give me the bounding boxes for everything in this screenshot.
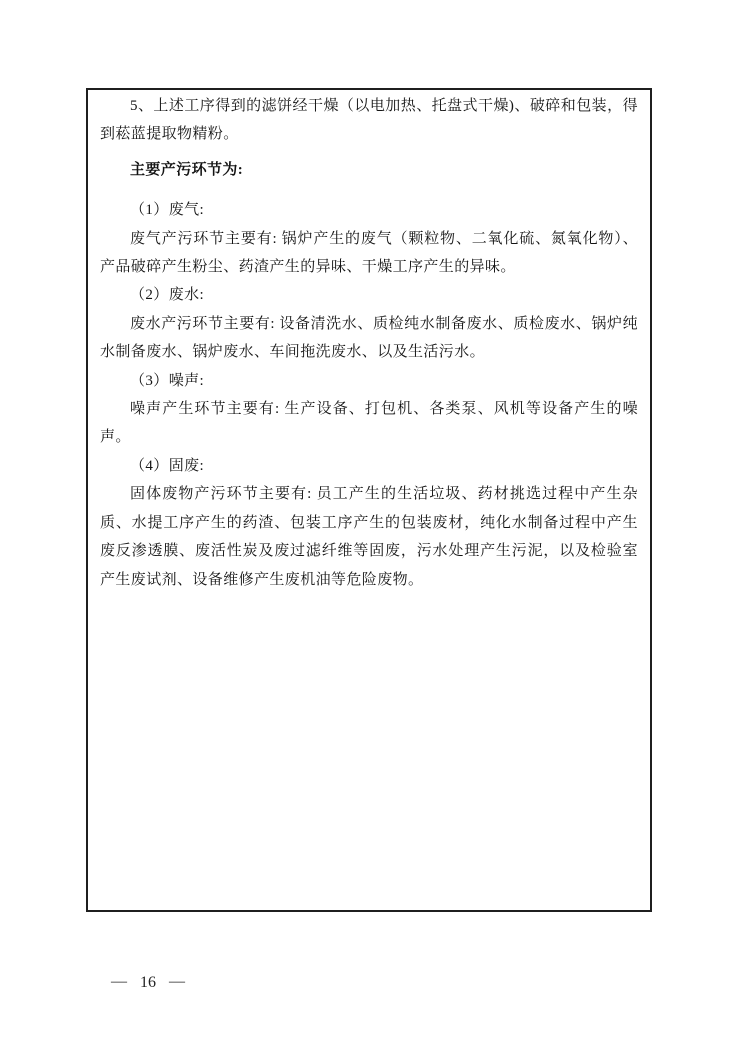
paragraph-noise: 噪声产生环节主要有: 生产设备、打包机、各类泵、风机等设备产生的噪声。 [100, 395, 638, 452]
item-label-waste-gas: （1）废气: [100, 196, 638, 224]
paragraph-solid-waste: 固体废物产污环节主要有: 员工产生的生活垃圾、药材挑选过程中产生杂质、水提工序产… [100, 480, 638, 594]
paragraph-waste-gas: 废气产污环节主要有: 锅炉产生的废气（颗粒物、二氧化硫、氮氧化物）、产品破碎产生… [100, 225, 638, 282]
item-label-waste-water: （2）废水: [100, 281, 638, 309]
paragraph-process-step-5: 5、上述工序得到的滤饼经干燥（以电加热、托盘式干燥)、破碎和包装，得到菘蓝提取物… [100, 92, 638, 149]
page-number: 16 [140, 974, 156, 992]
footer-dash-left: — [111, 973, 127, 991]
document-page: { "content": { "paragraphs": [ { "style"… [0, 0, 740, 1046]
footer-dash-right: — [169, 973, 185, 991]
paragraph-waste-water: 废水产污环节主要有: 设备清洗水、质检纯水制备废水、质检废水、锅炉纯水制备废水、… [100, 310, 638, 367]
item-label-noise: （3）噪声: [100, 367, 638, 395]
bordered-text-cell: 5、上述工序得到的滤饼经干燥（以电加热、托盘式干燥)、破碎和包装，得到菘蓝提取物… [86, 88, 652, 912]
item-label-solid-waste: （4）固废: [100, 452, 638, 480]
section-heading-pollution: 主要产污环节为: [100, 156, 638, 184]
page-footer: — 16 — [111, 974, 185, 992]
